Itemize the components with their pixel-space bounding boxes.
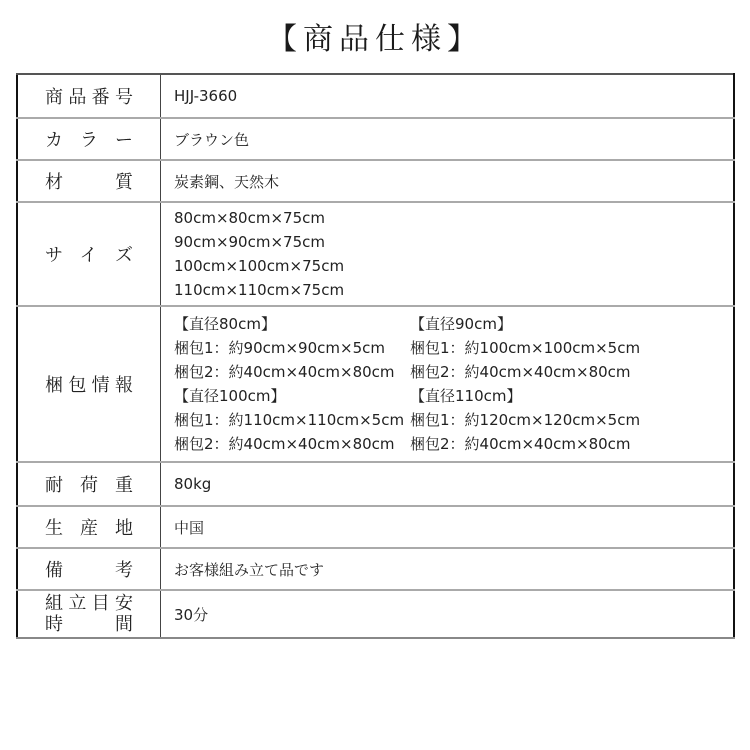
row-product-number: 商品番号 HJJ-3660 bbox=[17, 74, 734, 118]
size-option: 80cm×80cm×75cm bbox=[174, 206, 733, 230]
packaging-heading: 【直径110cm】 bbox=[410, 384, 646, 408]
value-product-number: HJJ-3660 bbox=[161, 74, 735, 118]
packaging-heading: 【直径90cm】 bbox=[410, 312, 646, 336]
value-material: 炭素鋼、天然木 bbox=[161, 160, 735, 202]
packaging-heading: 【直径100cm】 bbox=[174, 384, 410, 408]
size-option: 90cm×90cm×75cm bbox=[174, 230, 733, 254]
label-packaging: 梱包情報 bbox=[45, 371, 133, 397]
label-product-number: 商品番号 bbox=[45, 83, 133, 109]
packaging-line: 梱包1：約90cm×90cm×5cm bbox=[174, 336, 410, 360]
packaging-right-column: 【直径90cm】 梱包1：約100cm×100cm×5cm 梱包2：約40cm×… bbox=[410, 312, 646, 456]
size-option: 100cm×100cm×75cm bbox=[174, 254, 733, 278]
row-packaging: 梱包情報 【直径80cm】 梱包1：約90cm×90cm×5cm 梱包2：約40… bbox=[17, 306, 734, 462]
value-assembly-time: 30分 bbox=[161, 590, 735, 638]
value-size: 80cm×80cm×75cm 90cm×90cm×75cm 100cm×100c… bbox=[161, 202, 735, 306]
packaging-line: 梱包1：約110cm×110cm×5cm bbox=[174, 408, 410, 432]
size-option: 110cm×110cm×75cm bbox=[174, 278, 733, 302]
value-packaging: 【直径80cm】 梱包1：約90cm×90cm×5cm 梱包2：約40cm×40… bbox=[161, 306, 735, 462]
packaging-line: 梱包2：約40cm×40cm×80cm bbox=[410, 360, 646, 384]
value-origin: 中国 bbox=[161, 506, 735, 548]
value-color: ブラウン色 bbox=[161, 118, 735, 160]
value-remarks: お客様組み立て品です bbox=[161, 548, 735, 590]
packaging-line: 梱包2：約40cm×40cm×80cm bbox=[174, 360, 410, 384]
label-material: 材質 bbox=[45, 168, 133, 194]
label-origin: 生産地 bbox=[45, 514, 133, 540]
label-assembly-time-line2: 時間 bbox=[45, 615, 133, 635]
row-load-capacity: 耐荷重 80kg bbox=[17, 462, 734, 506]
label-color: カラー bbox=[45, 126, 133, 152]
row-size: サイズ 80cm×80cm×75cm 90cm×90cm×75cm 100cm×… bbox=[17, 202, 734, 306]
label-size: サイズ bbox=[45, 241, 133, 267]
page-title: 【商品仕様】 bbox=[0, 18, 750, 62]
value-load-capacity: 80kg bbox=[161, 462, 735, 506]
row-remarks: 備考 お客様組み立て品です bbox=[17, 548, 734, 590]
packaging-line: 梱包1：約120cm×120cm×5cm bbox=[410, 408, 646, 432]
packaging-line: 梱包1：約100cm×100cm×5cm bbox=[410, 336, 646, 360]
spec-table: 商品番号 HJJ-3660 カラー ブラウン色 材質 炭素鋼、天然木 サイズ 8… bbox=[16, 73, 735, 639]
row-assembly-time: 組立目安 時間 30分 bbox=[17, 590, 734, 638]
packaging-left-column: 【直径80cm】 梱包1：約90cm×90cm×5cm 梱包2：約40cm×40… bbox=[174, 312, 410, 456]
packaging-line: 梱包2：約40cm×40cm×80cm bbox=[410, 432, 646, 456]
row-origin: 生産地 中国 bbox=[17, 506, 734, 548]
label-remarks: 備考 bbox=[45, 556, 133, 582]
row-material: 材質 炭素鋼、天然木 bbox=[17, 160, 734, 202]
packaging-heading: 【直径80cm】 bbox=[174, 312, 410, 336]
row-color: カラー ブラウン色 bbox=[17, 118, 734, 160]
label-assembly-time-line1: 組立目安 bbox=[45, 594, 133, 614]
packaging-line: 梱包2：約40cm×40cm×80cm bbox=[174, 432, 410, 456]
label-load-capacity: 耐荷重 bbox=[45, 471, 133, 497]
